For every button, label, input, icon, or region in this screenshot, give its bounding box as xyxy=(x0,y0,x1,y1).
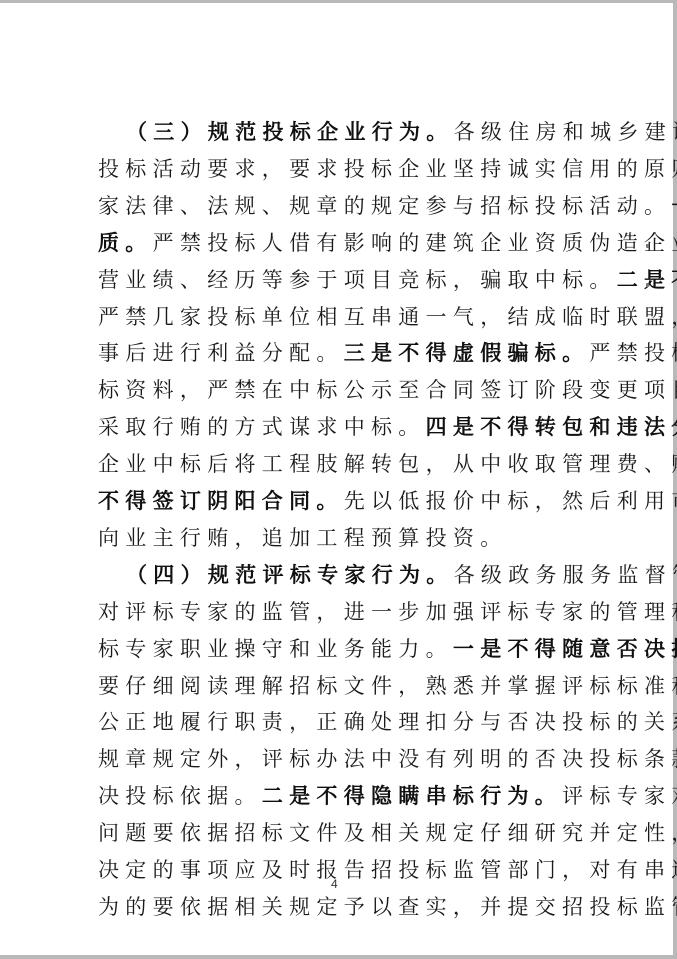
text-line: 严禁几家投标单位相互串通一气，结成临时联盟，排挤其他竞标， xyxy=(98,302,598,332)
bold-text-segment: （三）规范投标企业行为。 xyxy=(126,119,454,144)
text-segment: 为的要依据相关规定予以查实，并提交招投标监管部门依法处 xyxy=(98,895,677,919)
text-segment: 严禁几家投标单位相互串通一气，结成临时联盟，排挤其他竞标， xyxy=(98,305,677,329)
scan-artifact xyxy=(646,244,649,248)
text-segment: 标专家职业操守和业务能力。 xyxy=(98,637,453,661)
text-segment: 先以低报价中标，然后利用市场“潜规则” xyxy=(344,489,677,513)
text-line: 向业主行贿，追加工程预算投资。 xyxy=(98,523,598,553)
text-line: 营业绩、经历等参于项目竞标，骗取中标。二是不得围标串标。 xyxy=(98,265,598,295)
text-segment: 采取行贿的方式谋求中标。 xyxy=(98,415,426,439)
bold-text-segment: 不得签订阴阳合同。 xyxy=(98,488,344,513)
text-segment: 营业绩、经历等参于项目竞标，骗取中标。 xyxy=(98,268,617,292)
bold-text-segment: 二是不得隐瞒串标行为。 xyxy=(262,783,562,808)
text-line: 规章规定外，评标办法中没有列明的否决投标条款，不得作为否 xyxy=(98,744,598,774)
bold-text-segment: 三是不得虚假骗标。 xyxy=(344,340,590,365)
text-segment: 决投标依据。 xyxy=(98,784,262,808)
text-line: 标专家职业操守和业务能力。一是不得随意否决投标。评标专家 xyxy=(98,634,598,664)
text-segment: 对评标专家的监管，进一步加强评标专家的管理和培训，提高评 xyxy=(98,600,677,624)
text-line: 企业中标后将工程肢解转包，从中收取管理费、赚取差价。五是 xyxy=(98,449,598,479)
text-segment: 向业主行贿，追加工程预算投资。 xyxy=(98,526,508,550)
text-segment: 各级住房和城乡建设部门应严格 xyxy=(454,120,677,144)
text-segment: 事后进行利益分配。 xyxy=(98,341,344,365)
text-line: 公正地履行职责，正确处理扣分与否决投标的关系，除法律法规 xyxy=(98,707,598,737)
text-line: 对评标专家的监管，进一步加强评标专家的管理和培训，提高评 xyxy=(98,597,598,627)
bold-text-segment: 二是不得围标串标。 xyxy=(617,267,677,292)
text-segment: 问题要依据招标文件及相关规定仔细研究并定性，评标现场不能 xyxy=(98,821,677,845)
document-page: （三）规范投标企业行为。各级住房和城乡建设部门应严格投标活动要求，要求投标企业坚… xyxy=(0,3,673,955)
text-line: 投标活动要求，要求投标企业坚持诚实信用的原则，严格依照国 xyxy=(98,154,598,184)
text-segment: 企业中标后将工程肢解转包，从中收取管理费、赚取差价。 xyxy=(98,452,677,476)
text-segment: 家法律、法规、规章的规定参与招标投标活动。 xyxy=(98,194,671,218)
text-line: 采取行贿的方式谋求中标。四是不得转包和违法分包。严禁投标 xyxy=(98,412,598,442)
bold-text-segment: 一是不得挂靠资 xyxy=(671,193,677,218)
text-segment: 严禁投标人提供虚假投 xyxy=(589,341,677,365)
text-line: 标资料，严禁在中标公示至合同签订阶段变更项目负责人，严禁 xyxy=(98,375,598,405)
text-line: 质。严禁投标人借有影响的建筑企业资质伪造企业发展状况、经 xyxy=(98,228,598,258)
text-line: （三）规范投标企业行为。各级住房和城乡建设部门应严格 xyxy=(126,117,626,147)
bold-text-segment: 四是不得转包和违法分包。 xyxy=(426,414,677,439)
page-number: 4 xyxy=(331,877,338,891)
text-line: 问题要依据招标文件及相关规定仔细研究并定性，评标现场不能 xyxy=(98,818,598,848)
text-line: 决投标依据。二是不得隐瞒串标行为。评标专家对评标中发现的 xyxy=(98,781,598,811)
text-segment: 标资料，严禁在中标公示至合同签订阶段变更项目负责人，严禁 xyxy=(98,378,677,402)
text-line: （四）规范评标专家行为。各级政务服务监督管理局应加强 xyxy=(126,560,626,590)
bold-text-segment: （四）规范评标专家行为。 xyxy=(126,562,454,587)
text-segment: 要仔细阅读理解招标文件，熟悉并掌握评标标准和方法，客观、 xyxy=(98,674,677,698)
bold-text-segment: 质。 xyxy=(98,230,153,255)
text-line: 为的要依据相关规定予以查实，并提交招投标监管部门依法处 xyxy=(98,892,598,922)
scan-artifact xyxy=(646,283,649,287)
text-line: 家法律、法规、规章的规定参与招标投标活动。一是不得挂靠资 xyxy=(98,191,598,221)
text-segment: 规章规定外，评标办法中没有列明的否决投标条款，不得作为否 xyxy=(98,747,677,771)
text-segment: 投标活动要求，要求投标企业坚持诚实信用的原则，严格依照国 xyxy=(98,157,677,181)
text-line: 决定的事项应及时报告招投标监管部门，对有串通投标等违法行 xyxy=(98,855,598,885)
text-line: 要仔细阅读理解招标文件，熟悉并掌握评标标准和方法，客观、 xyxy=(98,671,598,701)
text-segment: 决定的事项应及时报告招投标监管部门，对有串通投标等违法行 xyxy=(98,858,677,882)
bold-text-segment: 一是不得随意否决投标。 xyxy=(453,636,677,661)
text-line: 不得签订阴阳合同。先以低报价中标，然后利用市场“潜规则” xyxy=(98,486,598,516)
text-segment: 评标专家对评标中发现的 xyxy=(562,784,677,808)
text-line: 事后进行利益分配。三是不得虚假骗标。严禁投标人提供虚假投 xyxy=(98,338,598,368)
text-segment: 严禁投标人借有影响的建筑企业资质伪造企业发展状况、经 xyxy=(153,231,677,255)
text-segment: 各级政务服务监督管理局应加强 xyxy=(454,563,677,587)
text-segment: 公正地履行职责，正确处理扣分与否决投标的关系，除法律法规 xyxy=(98,710,677,734)
